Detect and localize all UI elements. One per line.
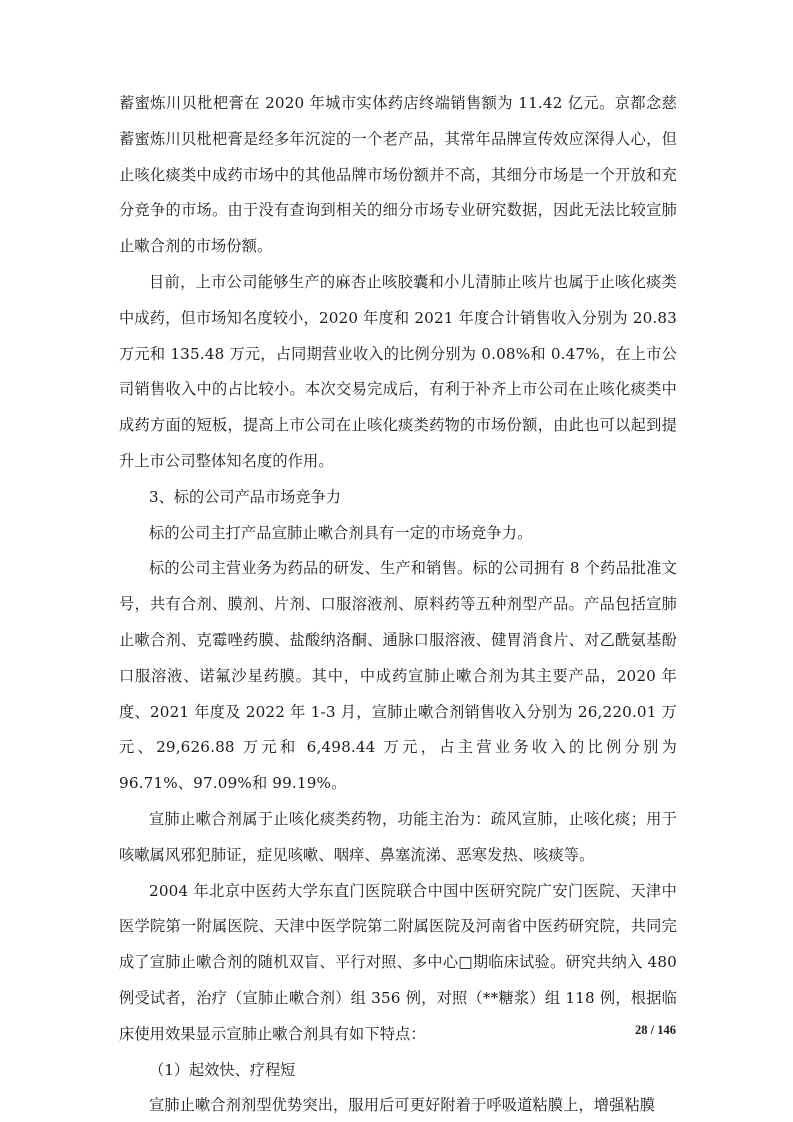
paragraph-clinical-trial: 2004 年北京中医药大学东直门医院联合中国中医研究院广安门医院、天津中医学院第… bbox=[119, 874, 677, 1053]
paragraph-indications: 宣肺止嗽合剂属于止咳化痰类药物，功能主治为：疏风宣肺，止咳化痰；用于咳嗽属风邪犯… bbox=[119, 802, 677, 874]
paragraph-business-overview: 标的公司主营业务为药品的研发、生产和销售。标的公司拥有 8 个药品批准文号，共有… bbox=[119, 551, 677, 802]
paragraph-market-share: 蓄蜜炼川贝枇杷膏在 2020 年城市实体药店终端销售额为 11.42 亿元。京都… bbox=[119, 86, 677, 265]
paragraph-main-product: 标的公司主打产品宣肺止嗽合剂具有一定的市场竞争力。 bbox=[119, 516, 677, 552]
section-heading-competitiveness: 3、标的公司产品市场竞争力 bbox=[119, 480, 677, 516]
document-page: 蓄蜜炼川贝枇杷膏在 2020 年城市实体药店终端销售额为 11.42 亿元。京都… bbox=[119, 86, 677, 1122]
paragraph-listed-company-products: 目前，上市公司能够生产的麻杏止咳胶囊和小儿清肺止咳片也属于止咳化痰类中成药，但市… bbox=[119, 265, 677, 480]
page-number: 28 / 146 bbox=[635, 1023, 676, 1038]
paragraph-dosage-advantage: 宣肺止嗽合剂剂型优势突出，服用后可更好附着于呼吸道粘膜上，增强粘膜 bbox=[119, 1088, 677, 1122]
subheading-fast-onset: （1）起效快、疗程短 bbox=[119, 1053, 677, 1089]
